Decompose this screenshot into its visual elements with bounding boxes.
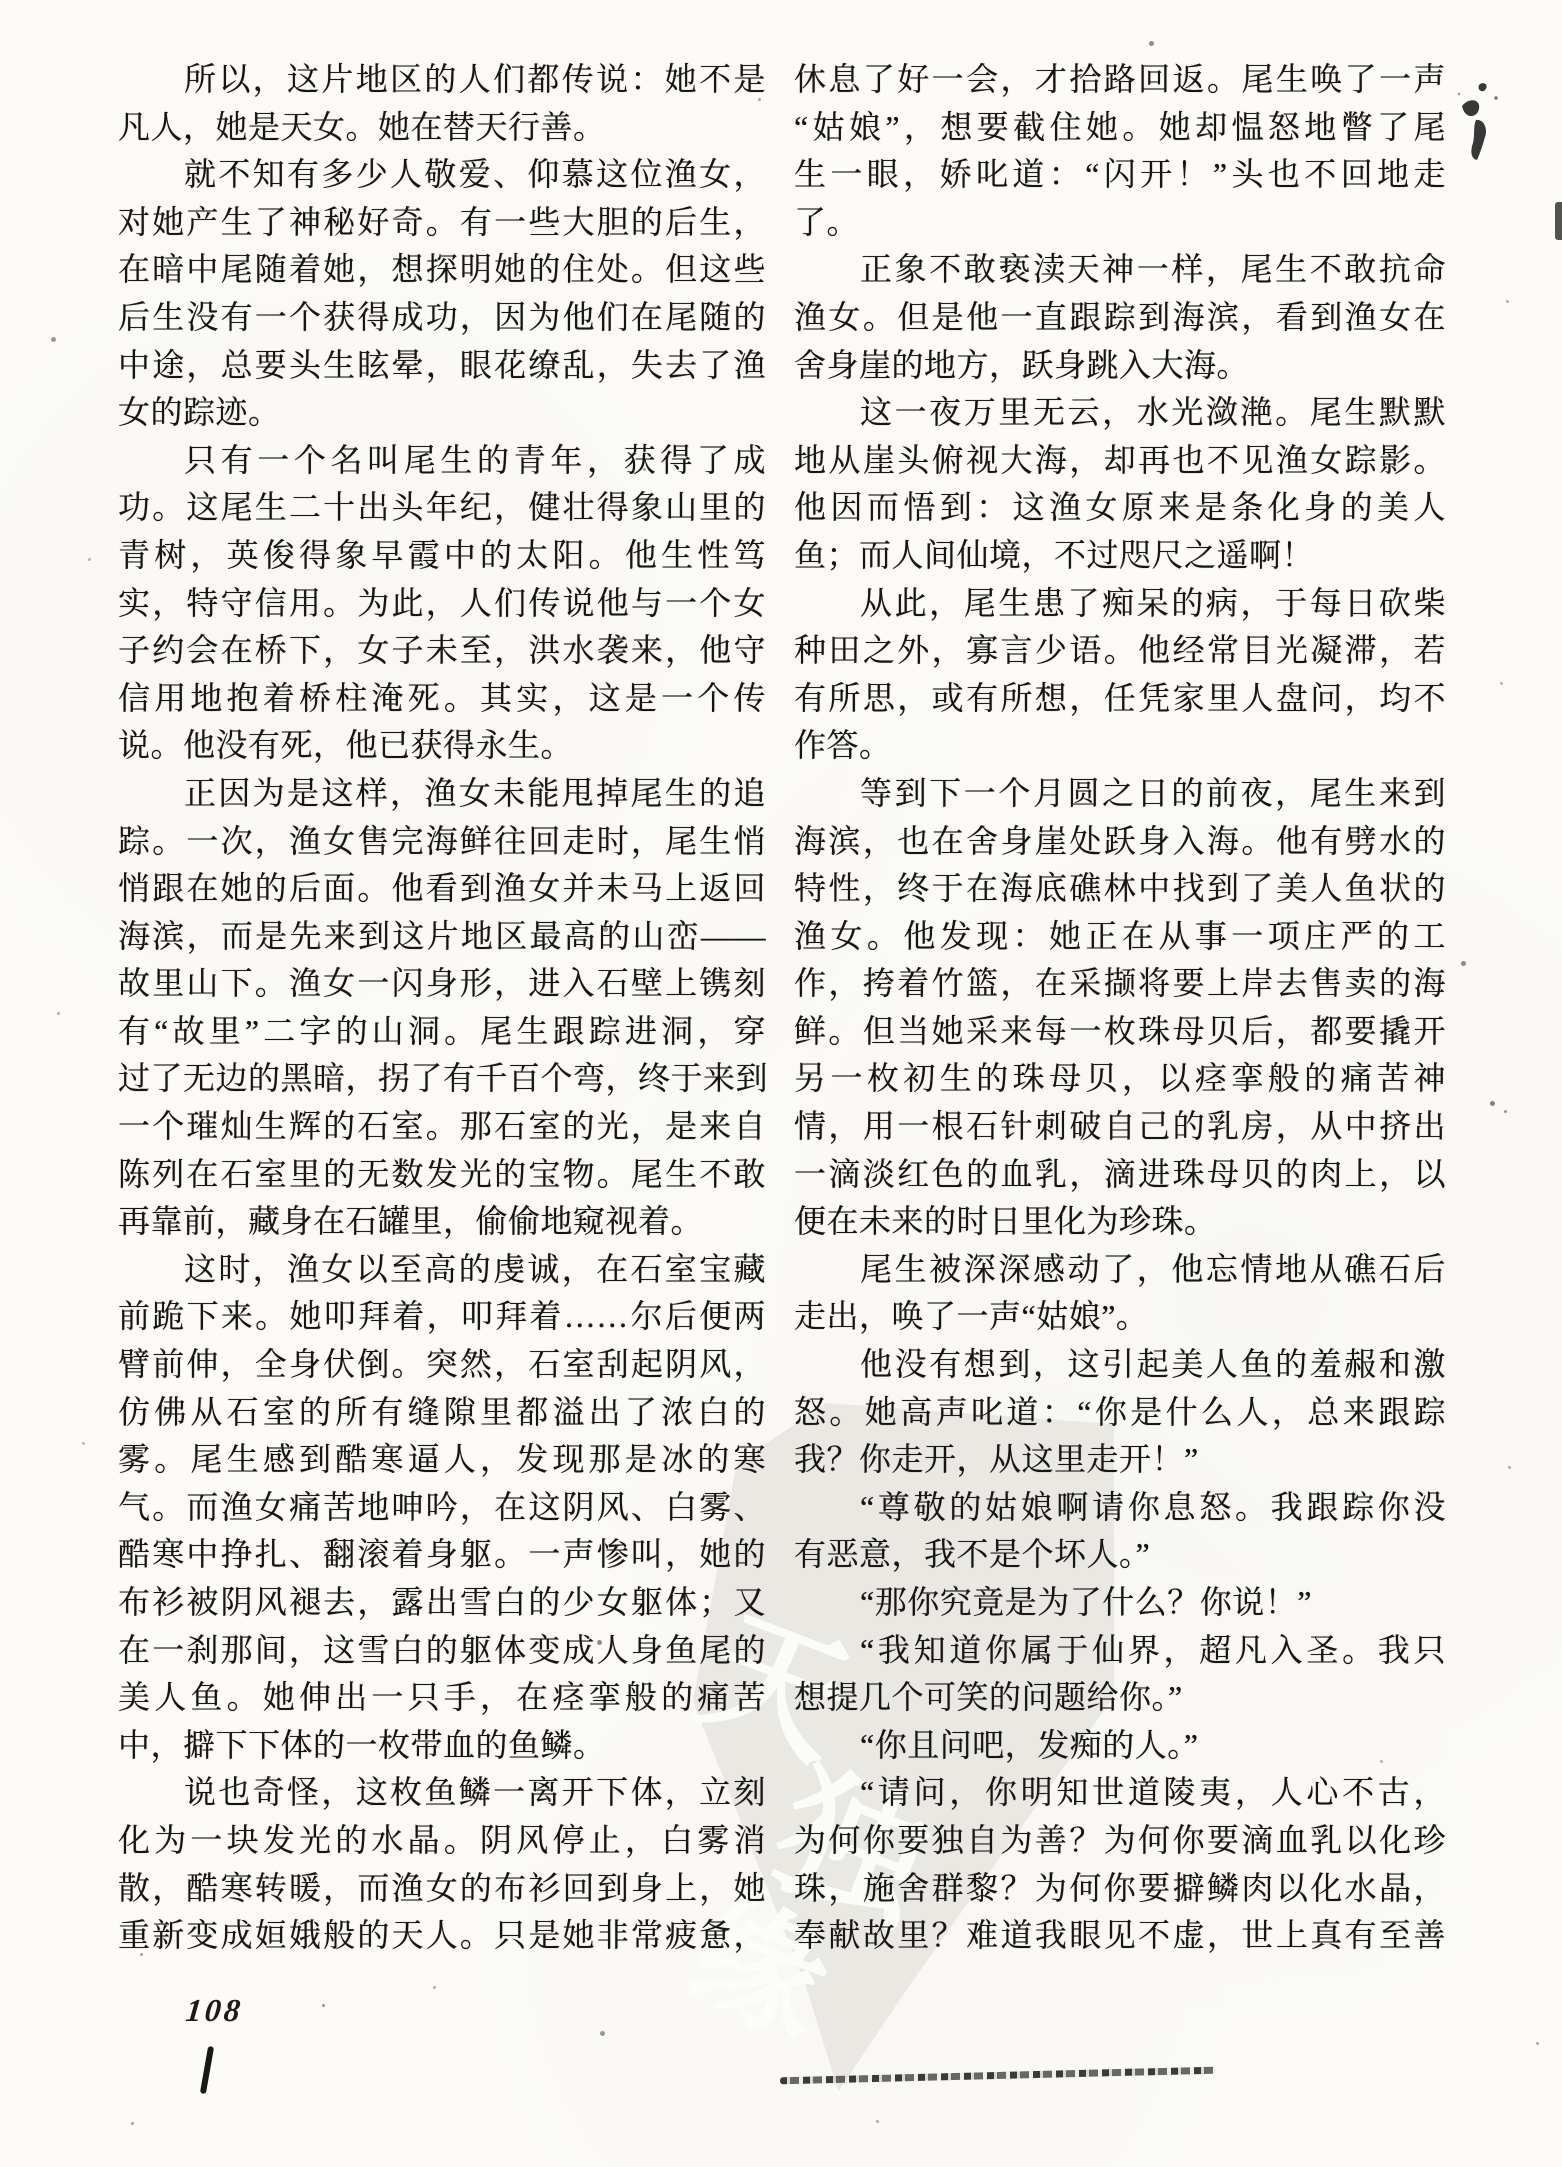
text-line: 实，特守信用。为此，人们传说他与一个女 [118,580,766,628]
text-line: 为何你要独自为善？为何你要滴血乳以化珍 [794,1817,1446,1865]
text-line: 生一眼，娇叱道：“闪开！”头也不回地走 [794,151,1446,199]
text-line: 了。 [794,199,1446,247]
text-column-left: 所以，这片地区的人们都传说：她不是凡人，她是天女。她在替天行善。就不知有多少人敬… [118,56,766,1960]
text-line: “那你究竟是为了什么？你说！” [794,1579,1446,1627]
text-line: 散，酷寒转暖，而渔女的布衫回到身上，她 [118,1865,766,1913]
text-line: 走出，唤了一声“姑娘”。 [794,1293,1446,1341]
text-line: 对她产生了神秘好奇。有一些大胆的后生， [118,199,766,247]
text-line: 地从崖头俯视大海，却再也不见渔女踪影。 [794,437,1446,485]
text-line: 中，擗下下体的一枚带血的鱼鳞。 [118,1722,766,1770]
text-line: 珠，施舍群黎？为何你要擗鳞肉以化水晶， [794,1865,1446,1913]
text-line: 说也奇怪，这枚鱼鳞一离开下体，立刻 [118,1769,766,1817]
text-line: 就不知有多少人敬爱、仰慕这位渔女， [118,151,766,199]
text-line: 功。这尾生二十出头年纪，健壮得象山里的 [118,484,766,532]
text-line: 休息了好一会，才拾路回返。尾生唤了一声 [794,56,1446,104]
page-number: 108 [184,1992,245,2029]
text-line: 便在未来的时日里化为珍珠。 [794,1198,1446,1246]
scanned-page: 天独缘 所以，这片地区的人们都传说：她不是凡人，她是天女。她在替天行善。就不知有… [0,0,1562,2167]
text-line: 这一夜万里无云，水光潋滟。尾生默默 [794,389,1446,437]
text-line: 渔女。他发现：她正在从事一项庄严的工 [794,913,1446,961]
text-line: 凡人，她是天女。她在替天行善。 [118,104,766,152]
text-line: 气。而渔女痛苦地呻吟，在这阴风、白雾、 [118,1484,766,1532]
text-line: 子约会在桥下，女子未至，洪水袭来，他守 [118,627,766,675]
text-line: “姑娘”，想要截住她。她却愠怒地瞥了尾 [794,104,1446,152]
text-line: 海滨，而是先来到这片地区最高的山峦—— [118,913,766,961]
text-line: 想提几个可笑的问题给你。” [794,1674,1446,1722]
text-column-right: 休息了好一会，才拾路回返。尾生唤了一声“姑娘”，想要截住她。她却愠怒地瞥了尾生一… [794,56,1446,1960]
text-line: 正象不敢亵渎天神一样，尾生不敢抗命 [794,246,1446,294]
text-line: 有所思，或有所想，任凭家里人盘问，均不 [794,675,1446,723]
text-line: 一个璀灿生辉的石室。那石室的光，是来自 [118,1103,766,1151]
text-line: 舍身崖的地方，跃身跳入大海。 [794,342,1446,390]
text-line: 正因为是这样，渔女未能甩掉尾生的追 [118,770,766,818]
text-line: 奉献故里？难道我眼见不虚，世上真有至善 [794,1912,1446,1960]
text-line: 他没有想到，这引起美人鱼的羞赧和激 [794,1341,1446,1389]
text-line: 所以，这片地区的人们都传说：她不是 [118,56,766,104]
text-line: 作，挎着竹篮，在采撷将要上岸去售卖的海 [794,960,1446,1008]
text-line: “尊敬的姑娘啊请你息怒。我跟踪你没 [794,1484,1446,1532]
text-line: 说。他没有死，他已获得永生。 [118,722,766,770]
text-line: 在暗中尾随着她，想探明她的住处。但这些 [118,246,766,294]
text-line: 美人鱼。她伸出一只手，在痉挛般的痛苦 [118,1674,766,1722]
text-line: 只有一个名叫尾生的青年，获得了成 [118,437,766,485]
text-line: 前跪下来。她叩拜着，叩拜着……尔后便两 [118,1293,766,1341]
text-line: 化为一块发光的水晶。阴风停止，白雾消 [118,1817,766,1865]
text-line: 鲜。但当她采来每一枚珠母贝后，都要撬开 [794,1008,1446,1056]
page-edge-mark [1555,202,1562,240]
text-line: 另一枚初生的珠母贝，以痉挛般的痛苦神 [794,1055,1446,1103]
text-line: 尾生被深深感动了，他忘情地从礁石后 [794,1246,1446,1294]
ink-smudge-mark [1456,82,1502,166]
text-line: 一滴淡红色的血乳，滴进珠母贝的肉上，以 [794,1151,1446,1199]
pen-tick-mark [200,2046,214,2094]
text-line: 等到下一个月圆之日的前夜，尾生来到 [794,770,1446,818]
text-line: 信用地抱着桥柱淹死。其实，这是一个传 [118,675,766,723]
text-line: 中途，总要头生眩晕，眼花缭乱，失去了渔 [118,342,766,390]
text-line: 女的踪迹。 [118,389,766,437]
scratch-line-mark [780,2067,1216,2085]
text-line: “你且问吧，发痴的人。” [794,1722,1446,1770]
text-line: 仿佛从石室的所有缝隙里都溢出了浓白的 [118,1389,766,1437]
text-line: 从此，尾生患了痴呆的病，于每日砍柴 [794,580,1446,628]
text-line: 他因而悟到：这渔女原来是条化身的美人 [794,484,1446,532]
text-line: 过了无边的黑暗，拐了有千百个弯，终于来到 [118,1055,766,1103]
text-line: 青树，英俊得象早霞中的太阳。他生性笃 [118,532,766,580]
text-line: 陈列在石室里的无数发光的宝物。尾生不敢 [118,1151,766,1199]
text-line: 鱼；而人间仙境，不过咫尺之遥啊！ [794,532,1446,580]
text-line: 种田之外，寡言少语。他经常目光凝滞，若 [794,627,1446,675]
text-line: 渔女。但是他一直跟踪到海滨，看到渔女在 [794,294,1446,342]
text-line: 臂前伸，全身伏倒。突然，石室刮起阴风， [118,1341,766,1389]
text-line: 踪。一次，渔女售完海鲜往回走时，尾生悄 [118,818,766,866]
text-line: 雾。尾生感到酷寒逼人，发现那是冰的寒 [118,1436,766,1484]
text-line: 特性，终于在海底礁林中找到了美人鱼状的 [794,865,1446,913]
text-line: “我知道你属于仙界，超凡入圣。我只 [794,1627,1446,1675]
text-line: 情，用一根石针刺破自己的乳房，从中挤出 [794,1103,1446,1151]
text-line: 酷寒中挣扎、翻滚着身躯。一声惨叫，她的 [118,1531,766,1579]
text-line: 在一刹那间，这雪白的躯体变成人身鱼尾的 [118,1627,766,1675]
text-line: 布衫被阴风褪去，露出雪白的少女躯体；又 [118,1579,766,1627]
text-line: 海滨，也在舍身崖处跃身入海。他有劈水的 [794,818,1446,866]
text-line: 这时，渔女以至高的虔诚，在石室宝藏 [118,1246,766,1294]
text-line: 故里山下。渔女一闪身形，进入石壁上镌刻 [118,960,766,1008]
text-line: 重新变成姮娥般的天人。只是她非常疲惫， [118,1912,766,1960]
text-line: 怒。她高声叱道：“你是什么人，总来跟踪 [794,1389,1446,1437]
text-line: 我？你走开，从这里走开！” [794,1436,1446,1484]
text-line: 再靠前，藏身在石罐里，偷偷地窥视着。 [118,1198,766,1246]
text-line: 后生没有一个获得成功，因为他们在尾随的 [118,294,766,342]
scan-noise-specks [0,0,3,3]
text-line: 有恶意，我不是个坏人。” [794,1531,1446,1579]
text-line: “请问，你明知世道陵夷，人心不古， [794,1769,1446,1817]
text-line: 悄跟在她的后面。他看到渔女并未马上返回 [118,865,766,913]
text-line: 作答。 [794,722,1446,770]
text-line: 有“故里”二字的山洞。尾生跟踪进洞，穿 [118,1008,766,1056]
